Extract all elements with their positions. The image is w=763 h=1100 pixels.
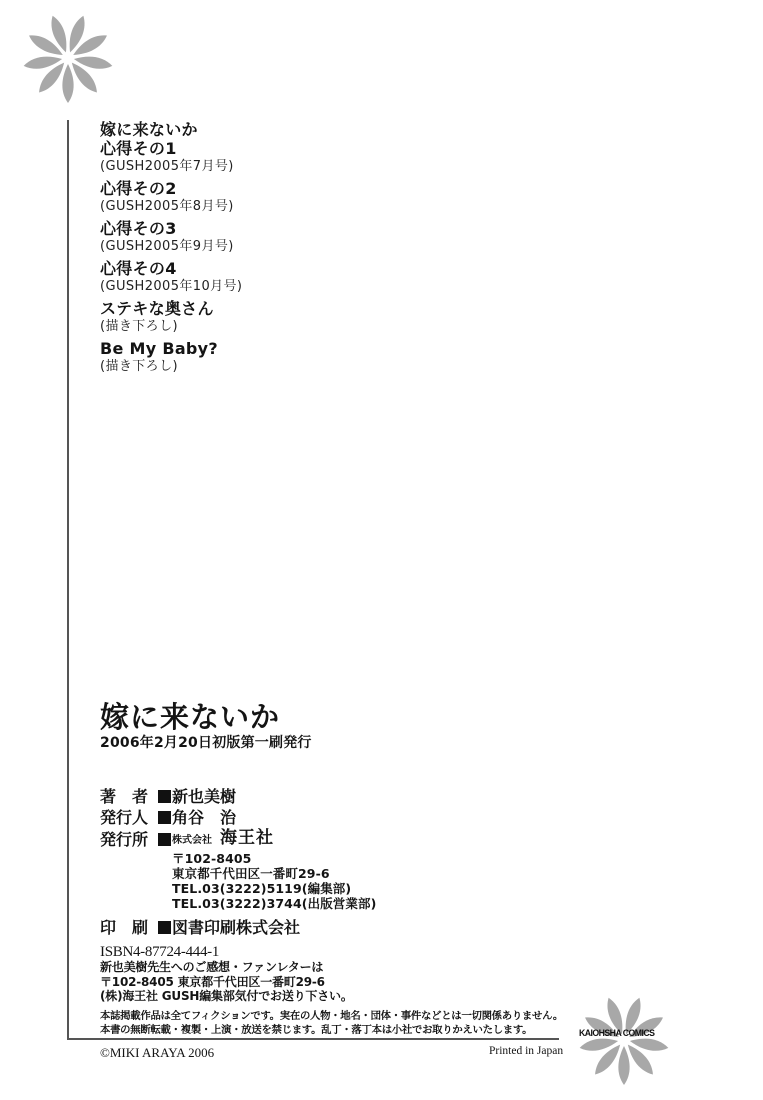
notice-line: 本誌掲載作品は全てフィクションです。実在の人物・地名・団体・事件などとは一切関係… (100, 1009, 563, 1023)
toc-title: 心得その1 (100, 139, 242, 158)
toc-source: (GUSH2005年10月号) (100, 278, 242, 295)
toc-source: (GUSH2005年9月号) (100, 238, 242, 255)
tel-sales: TEL.03(3222)3744(出版営業部) (172, 896, 376, 911)
tel-editorial: TEL.03(3222)5119(編集部) (172, 881, 376, 896)
isbn: ISBN4-87724-444-1 (100, 942, 376, 962)
postal-code: 〒102-8405 (172, 851, 376, 866)
toc-source: (描き下ろし) (100, 318, 242, 335)
toc-item: 嫁に来ないか (100, 120, 242, 139)
square-bullet-icon (158, 921, 171, 934)
toc-title: 心得その4 (100, 259, 242, 278)
toc-item: 心得その2 (GUSH2005年8月号) (100, 179, 242, 215)
publisher-name: 株式会社 海王社 (172, 828, 274, 851)
toc-item: 心得その3 (GUSH2005年9月号) (100, 219, 242, 255)
publisher-row: 発行所 株式会社 海王社 (100, 828, 376, 851)
author-name: 新也美樹 (172, 786, 236, 807)
fanmail-line: 新也美樹先生へのご感想・ファンレターは (100, 960, 353, 975)
flower-icon (18, 8, 118, 108)
publisher-person-name: 角谷 治 (172, 807, 236, 828)
legal-notice: 本誌掲載作品は全てフィクションです。実在の人物・地名・団体・事件などとは一切関係… (100, 1009, 563, 1037)
toc-source: (GUSH2005年8月号) (100, 198, 242, 215)
fanmail-line: 〒102-8405 東京都千代田区一番町29-6 (100, 975, 353, 990)
toc-title: 嫁に来ないか (100, 120, 242, 139)
square-bullet-icon (158, 811, 171, 824)
publisher-prefix: 株式会社 (172, 830, 212, 851)
fanmail-line: (株)海王社 GUSH編集部気付でお送り下さい。 (100, 989, 353, 1004)
author-label: 著 者 (100, 786, 157, 807)
fanmail-info: 新也美樹先生へのご感想・ファンレターは 〒102-8405 東京都千代田区一番町… (100, 960, 353, 1004)
printed-in: Printed in Japan (489, 1045, 563, 1057)
toc-item: ステキな奥さん (描き下ろし) (100, 299, 242, 335)
notice-line: 本書の無断転載・複製・上演・放送を禁じます。乱丁・落丁本は小社でお取りかえいたし… (100, 1023, 563, 1037)
toc-title: 心得その3 (100, 219, 242, 238)
publisher-logo: KAIOHSHA COMICS (579, 1028, 654, 1039)
toc-title: ステキな奥さん (100, 299, 242, 318)
address: 東京都千代田区一番町29-6 (172, 866, 376, 881)
table-of-contents: 嫁に来ないか 心得その1 (GUSH2005年7月号) 心得その2 (GUSH2… (100, 120, 242, 379)
toc-item: Be My Baby? (描き下ろし) (100, 339, 242, 375)
toc-source: (描き下ろし) (100, 358, 242, 375)
colophon-header: 嫁に来ないか 2006年2月20日初版第一刷発行 (100, 700, 312, 752)
printer-row: 印 刷 図書印刷株式会社 (100, 917, 376, 938)
edition-date: 2006年2月20日初版第一刷発行 (100, 734, 312, 752)
publisher-person-label: 発行人 (100, 807, 157, 828)
toc-item: 心得その4 (GUSH2005年10月号) (100, 259, 242, 295)
flower-icon (574, 990, 674, 1090)
publisher-main-name: 海王社 (220, 828, 274, 849)
publisher-person-row: 発行人 角谷 治 (100, 807, 376, 828)
printer-name: 図書印刷株式会社 (172, 917, 300, 938)
toc-title: Be My Baby? (100, 339, 242, 358)
square-bullet-icon (158, 833, 171, 846)
copyright: ©MIKI ARAYA 2006 (100, 1045, 214, 1061)
book-title: 嫁に来ないか (100, 700, 312, 734)
credits: 著 者 新也美樹 発行人 角谷 治 発行所 株式会社 海王社 〒102-8405… (100, 786, 376, 962)
square-bullet-icon (158, 790, 171, 803)
author-row: 著 者 新也美樹 (100, 786, 376, 807)
frame-bottom-rule (67, 1038, 559, 1040)
publisher-label: 発行所 (100, 829, 157, 850)
frame-left-rule (67, 120, 69, 1040)
toc-item: 心得その1 (GUSH2005年7月号) (100, 139, 242, 175)
printer-label: 印 刷 (100, 917, 157, 938)
toc-title: 心得その2 (100, 179, 242, 198)
toc-source: (GUSH2005年7月号) (100, 158, 242, 175)
